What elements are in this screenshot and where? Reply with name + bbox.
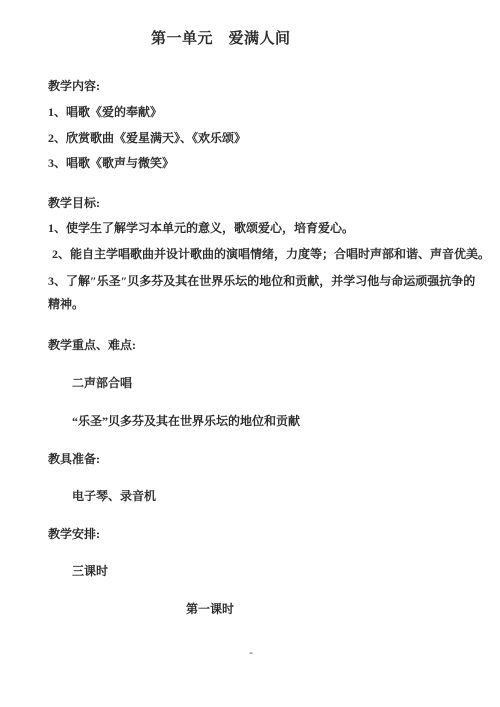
document-page: 第一单元 爱满人间 教学内容: 1、唱歌《爱的奉献》 2、欣赏歌曲《爱星满天》、… [0, 0, 500, 707]
key-point-item-2: “乐圣”贝多芬及其在世界乐坛的地位和贡献 [72, 414, 300, 429]
lesson-one-heading: 第一课时 [186, 602, 234, 617]
teaching-goal-item-3-line-2: 精神。 [48, 297, 84, 312]
page-footer-mark: - [249, 645, 253, 660]
teaching-goal-item-3-line-1: 3、了解″乐圣″贝多芬及其在世界乐坛的地位和贡献，并学习他与命运顽强抗争的 [48, 274, 475, 289]
teaching-goal-item-1: 1、使学生了解学习本单元的意义，歌颂爱心，培育爱心。 [48, 221, 354, 236]
section-heading-teaching-content: 教学内容: [48, 79, 100, 94]
key-point-item-1: 二声部合唱 [72, 376, 132, 391]
teaching-goal-item-2: 2、能自主学唱歌曲并设计歌曲的演唱情绪，力度等；合唱时声部和谐、声音优美。 [52, 247, 490, 262]
section-heading-teaching-aids: 教具准备: [48, 452, 100, 467]
schedule-item-1: 三课时 [72, 564, 108, 579]
section-heading-schedule: 教学安排: [48, 527, 100, 542]
teaching-content-item-1: 1、唱歌《爱的奉献》 [48, 105, 162, 120]
unit-title: 第一单元 爱满人间 [151, 30, 291, 49]
section-heading-teaching-goals: 教学目标: [48, 196, 100, 211]
teaching-aids-item-1: 电子琴、录音机 [72, 489, 156, 504]
teaching-content-item-2: 2、欣赏歌曲《爱星满天》、《欢乐颂》 [48, 131, 246, 146]
section-heading-key-points: 教学重点、难点: [48, 338, 136, 353]
teaching-content-item-3: 3、唱歌《歌声与微笑》 [48, 156, 174, 171]
